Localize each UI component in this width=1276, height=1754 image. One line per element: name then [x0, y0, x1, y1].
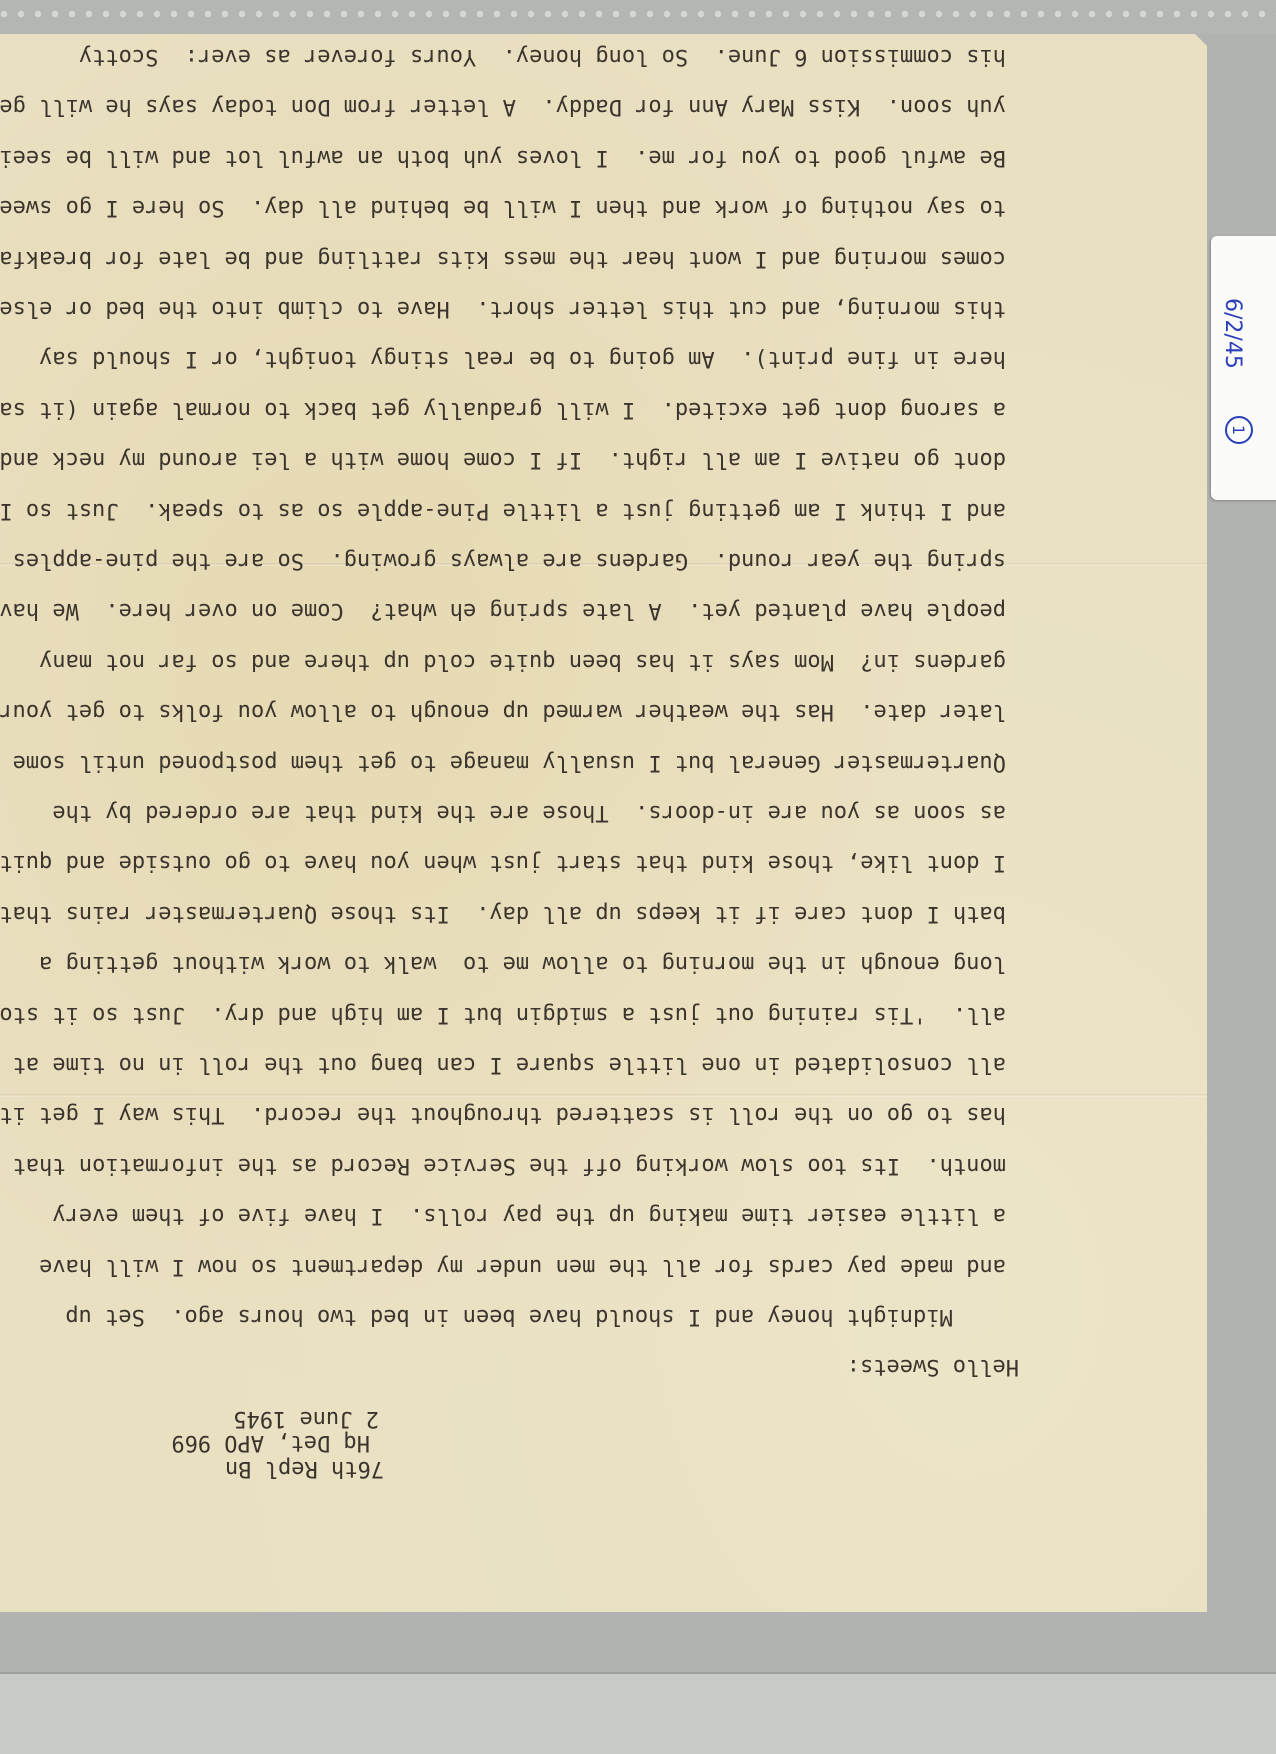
letter-body-line: Midnight honey and I should have been in…	[65, 1303, 1019, 1329]
letter-body-line: and I think I am getting just a little P…	[0, 497, 1006, 523]
letter-body-line: as soon as you are in-doors. Those are t…	[52, 799, 1006, 825]
archive-sticky-note: 6/2/45 1	[1211, 236, 1276, 500]
letter-body-line: here in fine print). Am going to be real…	[39, 345, 1006, 371]
sticky-note-date: 6/2/45	[1220, 298, 1245, 369]
sticky-note-number-circle: 1	[1225, 416, 1253, 444]
letter-body-line: a little easier time making up the pay r…	[52, 1202, 1006, 1228]
letter-body-line: yuh soon. Kiss Mary Ann for Daddy. A let…	[0, 93, 1006, 119]
letter-body-line: and made pay cards for all the men under…	[39, 1253, 1006, 1279]
letter-body-line: his commission 6 June. So long honey. Yo…	[79, 43, 1006, 69]
letter-header-address: Hq Det, APO 969	[171, 1429, 370, 1455]
letter-body-line: all consolidated in one little square I …	[13, 1051, 1006, 1077]
letter-page: 76th Repl Bn Hq Det, APO 969 2 June 1945…	[0, 34, 1207, 1612]
letter-body-line: comes morning and I wont hear the mess k…	[0, 245, 1006, 271]
letter-body-line: bath I dont care if it keeps up all day.…	[0, 900, 1006, 926]
letter-body-line: gardens in? Mom says it has been quite c…	[39, 648, 1006, 674]
letter-salutation: Hello Sweets:	[847, 1353, 1019, 1379]
letter-body-line: long enough in the morning to allow me t…	[39, 950, 1006, 976]
letter-body-line: all. 'Tis raining out just a smidgin but…	[0, 1001, 1006, 1027]
letter-body-line: Quartermaster General but I usually mana…	[13, 749, 1006, 775]
letter-body-line: I dont like, those kind that start just …	[0, 849, 1006, 875]
sleeve-top-edge	[0, 0, 1276, 34]
letter-body-line: has to go on the roll is scattered throu…	[0, 1101, 1006, 1127]
letter-body-line: dont go native I am all right. If I come…	[0, 446, 1006, 472]
letter-body-line: people have planted yet. A late spring e…	[0, 597, 1006, 623]
letter-body-line: a sarong dont get excited. I will gradua…	[0, 396, 1006, 422]
letter-body-line: spring the year round. Gardens are alway…	[13, 547, 1006, 573]
sleeve-lower-panel	[0, 1672, 1276, 1754]
letter-header-unit: 76th Repl Bn	[225, 1455, 384, 1481]
letter-date: 2 June 1945	[233, 1405, 379, 1431]
letter-body-line: this morning, and cut this letter short.…	[0, 295, 1006, 321]
letter-body-line: to say nothing of work and then I will b…	[0, 194, 1006, 220]
paper-fold-crease	[0, 1094, 1207, 1097]
letter-body-line: Be awful good to you for me. I loves yuh…	[0, 144, 1006, 170]
letter-body-line: later date. Has the weather warmed up en…	[0, 698, 1006, 724]
sleeve-perforation	[0, 10, 1276, 18]
letter-body-line: month. Its too slow working off the Serv…	[13, 1152, 1006, 1178]
